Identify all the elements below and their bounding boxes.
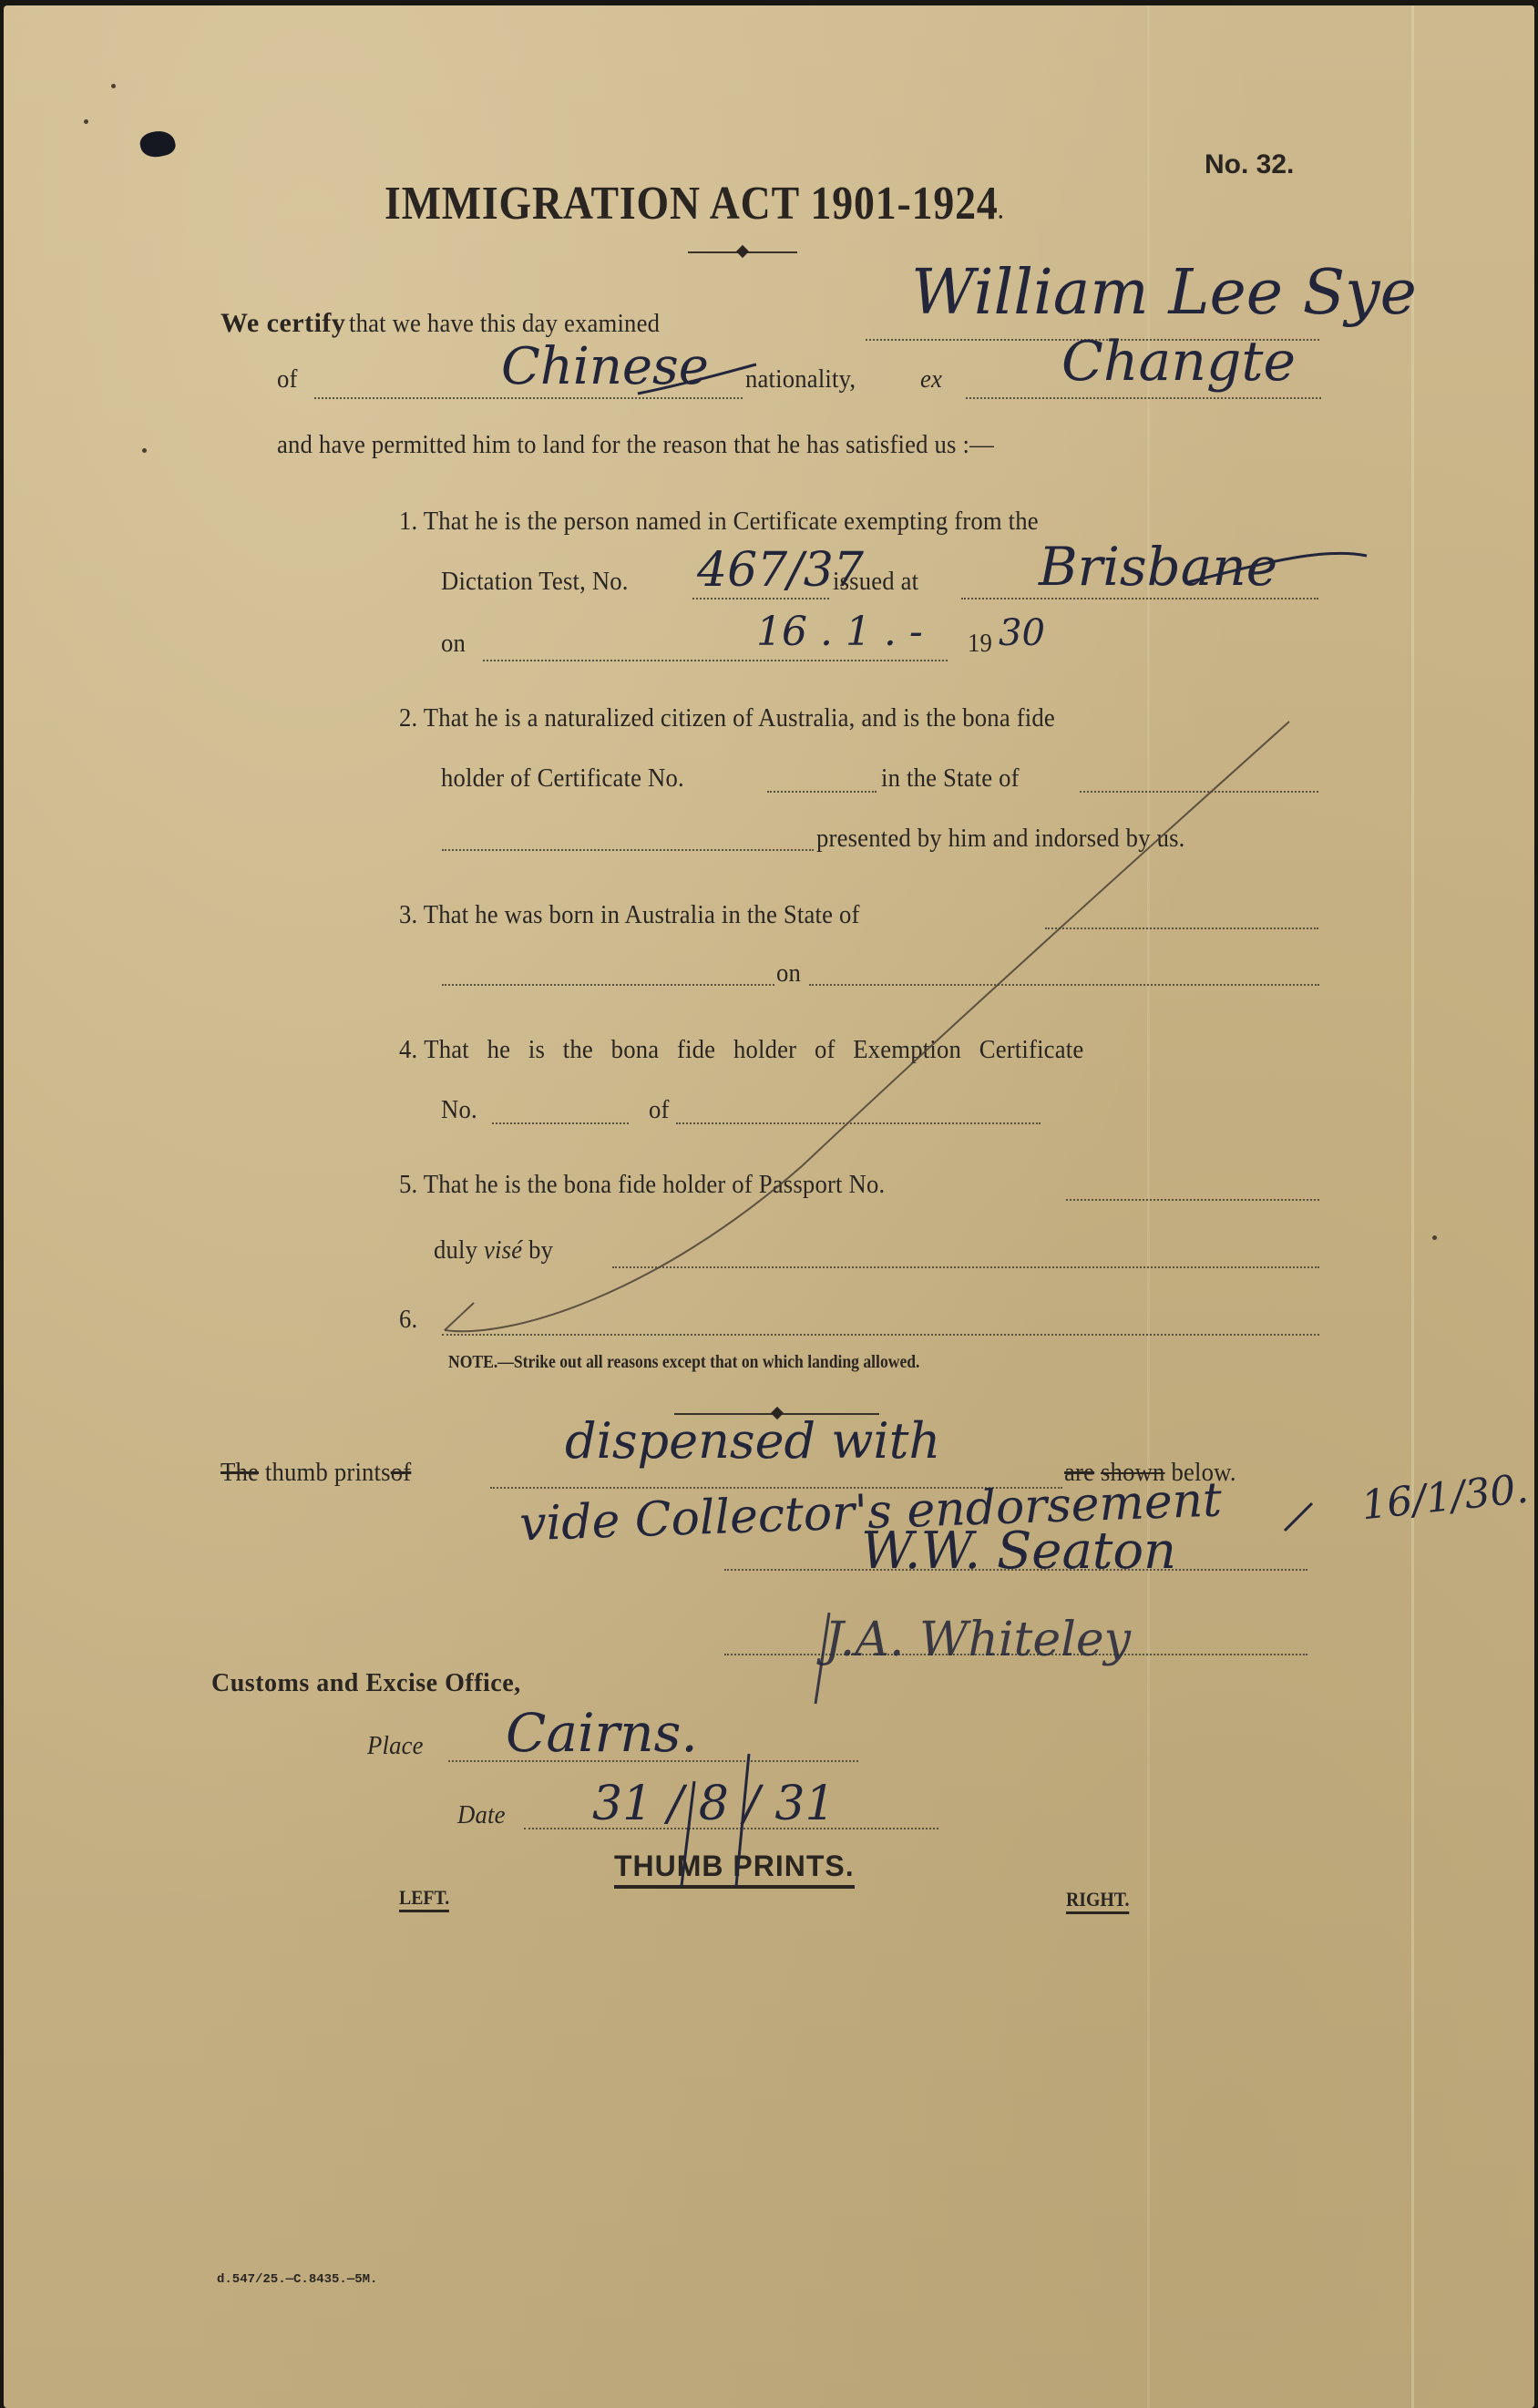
strike-out-diagonal (0, 0, 1538, 2408)
